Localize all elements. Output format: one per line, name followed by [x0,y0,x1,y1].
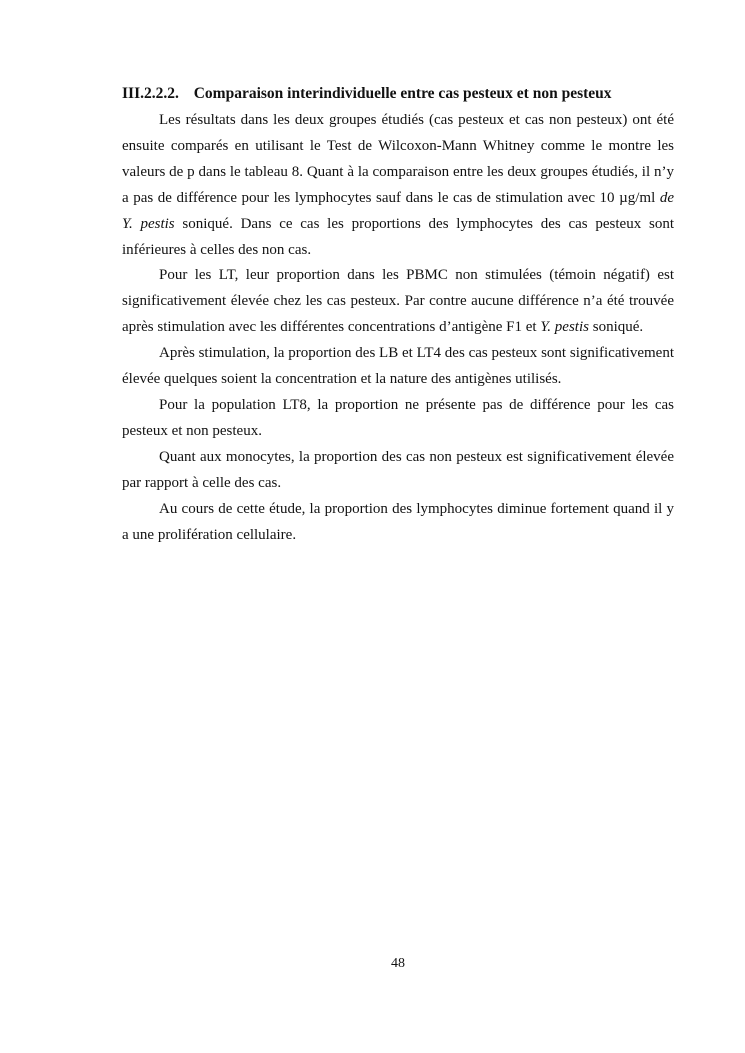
text-run: soniqué. [589,319,643,335]
paragraph: Après stimulation, la proportion des LB … [122,341,674,393]
text-run: Quant aux monocytes, la proportion des c… [122,449,674,491]
section-heading: III.2.2.2. Comparaison interindividuelle… [122,84,674,104]
text-run: Les résultats dans les deux groupes étud… [122,112,674,206]
section-number: III.2.2.2. [122,84,179,104]
text-run: soniqué. Dans ce cas les proportions des… [122,216,674,258]
text-run: Au cours de cette étude, la proportion d… [122,501,674,543]
paragraph: Les résultats dans les deux groupes étud… [122,108,674,263]
paragraph: Au cours de cette étude, la proportion d… [122,497,674,549]
italic-text-run: Y. pestis [540,319,589,335]
text-run: Pour la population LT8, la proportion ne… [122,397,674,439]
section-title: Comparaison interindividuelle entre cas … [194,85,612,102]
text-run: Après stimulation, la proportion des LB … [122,345,674,387]
paragraph: Quant aux monocytes, la proportion des c… [122,445,674,497]
paragraph: Pour les LT, leur proportion dans les PB… [122,263,674,341]
paragraph: Pour la population LT8, la proportion ne… [122,393,674,445]
page-number: 48 [122,955,674,973]
document-page: III.2.2.2. Comparaison interindividuelle… [0,0,745,1053]
document-body: Les résultats dans les deux groupes étud… [122,108,674,548]
